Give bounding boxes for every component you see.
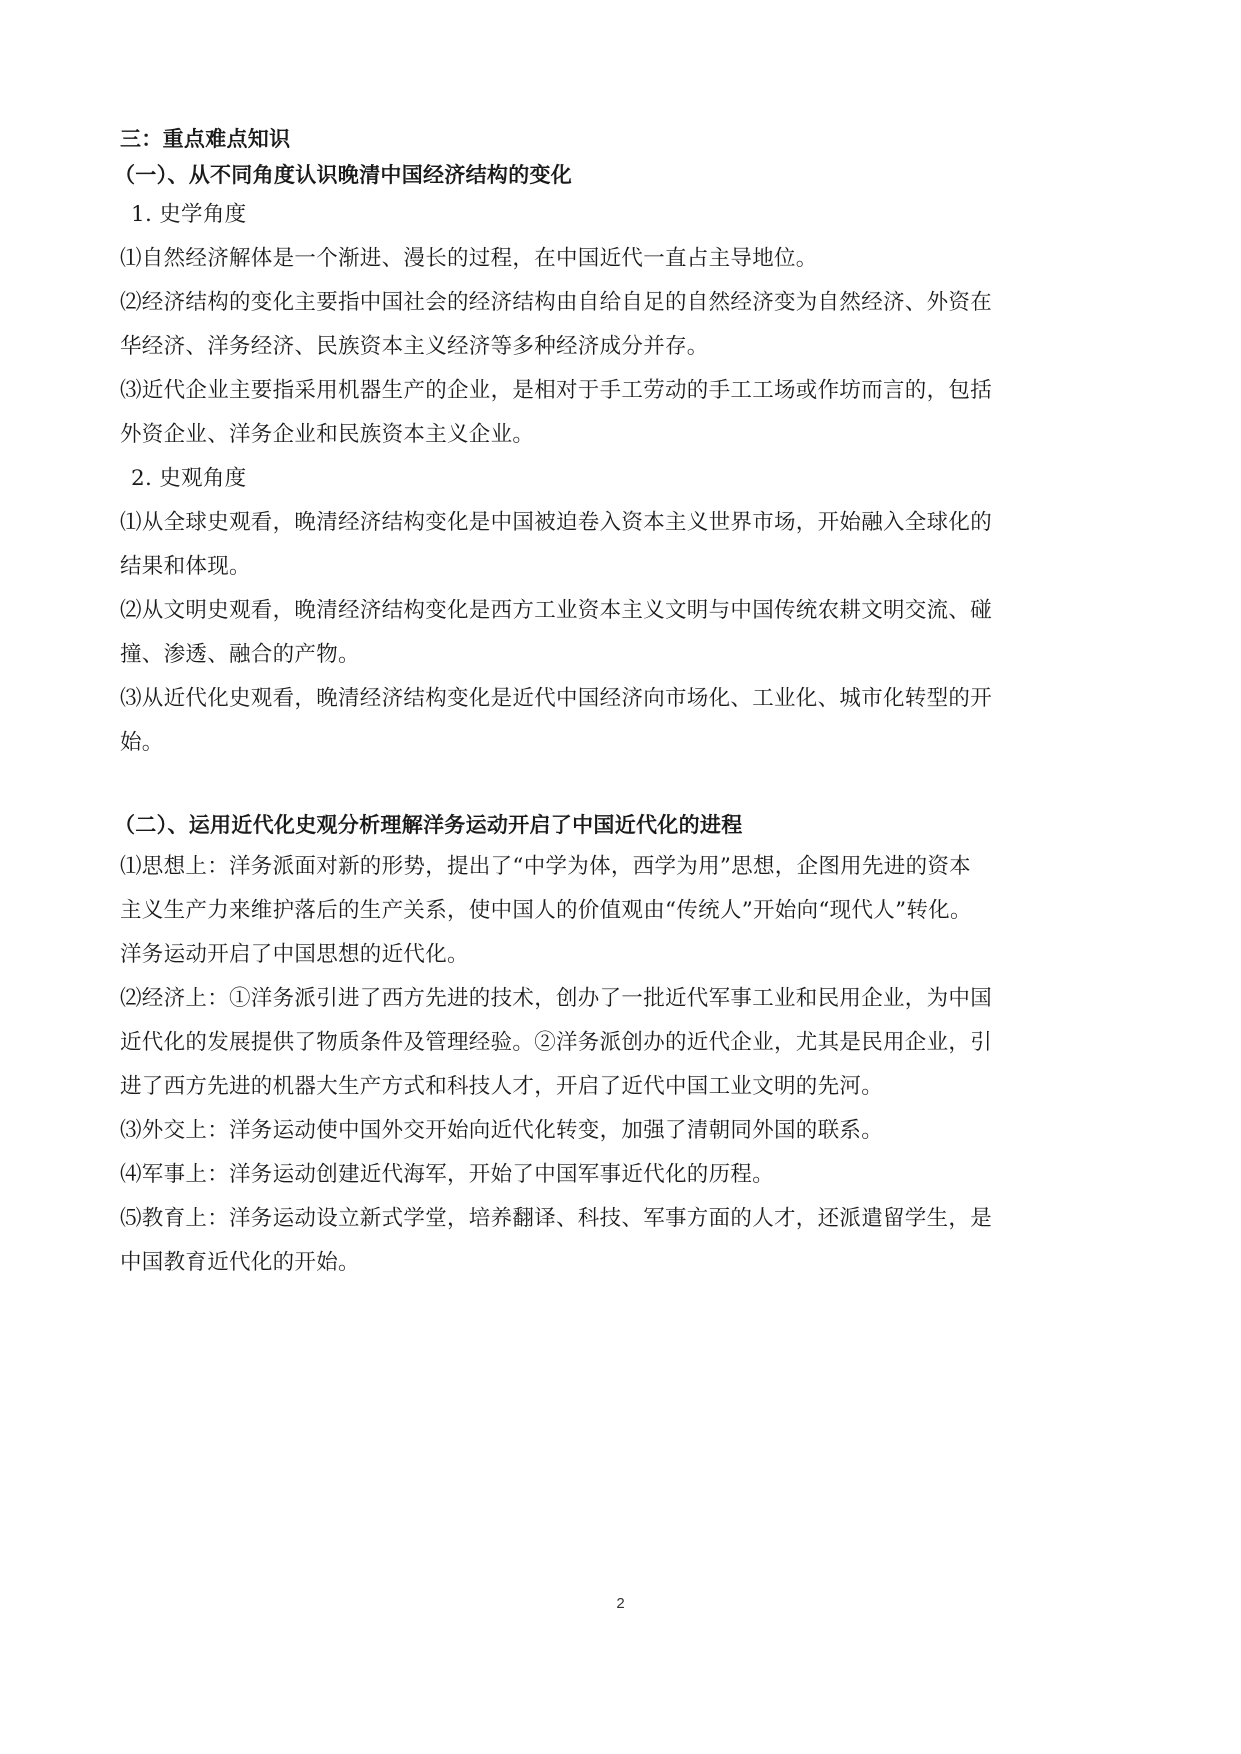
part1-sub2-line: ⑶从近代化史观看，晚清经济结构变化是近代中国经济向市场化、工业化、城市化转型的开	[120, 684, 1130, 714]
part1-sub1-line: 外资企业、洋务企业和民族资本主义企业。	[120, 420, 1130, 450]
part2-line: 主义生产力来维护落后的生产关系，使中国人的价值观由“传统人”开始向“现代人”转化…	[120, 896, 1130, 926]
part1-sub1-line: ⑴自然经济解体是一个渐进、漫长的过程，在中国近代一直占主导地位。	[120, 244, 1130, 274]
part2-line: ⑵经济上：①洋务派引进了西方先进的技术，创办了一批近代军事工业和民用企业，为中国	[120, 984, 1130, 1014]
part2-line: ⑷军事上：洋务运动创建近代海军，开始了中国军事近代化的历程。	[120, 1160, 1130, 1190]
part2-line: ⑴思想上：洋务派面对新的形势，提出了“中学为体，西学为用”思想，企图用先进的资本	[120, 852, 1130, 882]
part2-heading: （二）、运用近代化史观分析理解洋务运动开启了中国近代化的进程	[114, 810, 1124, 840]
part1-heading: （一）、从不同角度认识晚清中国经济结构的变化	[114, 160, 1124, 190]
document-page: 三：重点难点知识 （一）、从不同角度认识晚清中国经济结构的变化 1. 史学角度 …	[0, 0, 1241, 1754]
part1-sub2-title: 2. 史观角度	[131, 464, 1141, 494]
part1-sub1-line: 华经济、洋务经济、民族资本主义经济等多种经济成分并存。	[120, 332, 1130, 362]
part2-line: 近代化的发展提供了物质条件及管理经验。②洋务派创办的近代企业，尤其是民用企业，引	[120, 1028, 1130, 1058]
part2-line: ⑶外交上：洋务运动使中国外交开始向近代化转变，加强了清朝同外国的联系。	[120, 1116, 1130, 1146]
part1-sub2-line: 结果和体现。	[120, 552, 1130, 582]
part1-sub2-line: ⑵从文明史观看，晚清经济结构变化是西方工业资本主义文明与中国传统农耕文明交流、碰	[120, 596, 1130, 626]
part1-sub1-line: ⑶近代企业主要指采用机器生产的企业，是相对于手工劳动的手工工场或作坊而言的，包括	[120, 376, 1130, 406]
part2-line: 洋务运动开启了中国思想的近代化。	[120, 940, 1130, 970]
part1-sub2-line: ⑴从全球史观看，晚清经济结构变化是中国被迫卷入资本主义世界市场，开始融入全球化的	[120, 508, 1130, 538]
part2-line: ⑸教育上：洋务运动设立新式学堂，培养翻译、科技、军事方面的人才，还派遣留学生，是	[120, 1204, 1130, 1234]
part1-sub2-line: 撞、渗透、融合的产物。	[120, 640, 1130, 670]
part2-line: 进了西方先进的机器大生产方式和科技人才，开启了近代中国工业文明的先河。	[120, 1072, 1130, 1102]
page-number: 2	[0, 1595, 1241, 1612]
part1-sub2-line: 始。	[120, 728, 1130, 758]
part1-sub1-line: ⑵经济结构的变化主要指中国社会的经济结构由自给自足的自然经济变为自然经济、外资在	[120, 288, 1130, 318]
part1-sub1-title: 1. 史学角度	[131, 200, 1141, 230]
part2-line: 中国教育近代化的开始。	[120, 1248, 1130, 1278]
section-title: 三：重点难点知识	[120, 124, 1130, 154]
